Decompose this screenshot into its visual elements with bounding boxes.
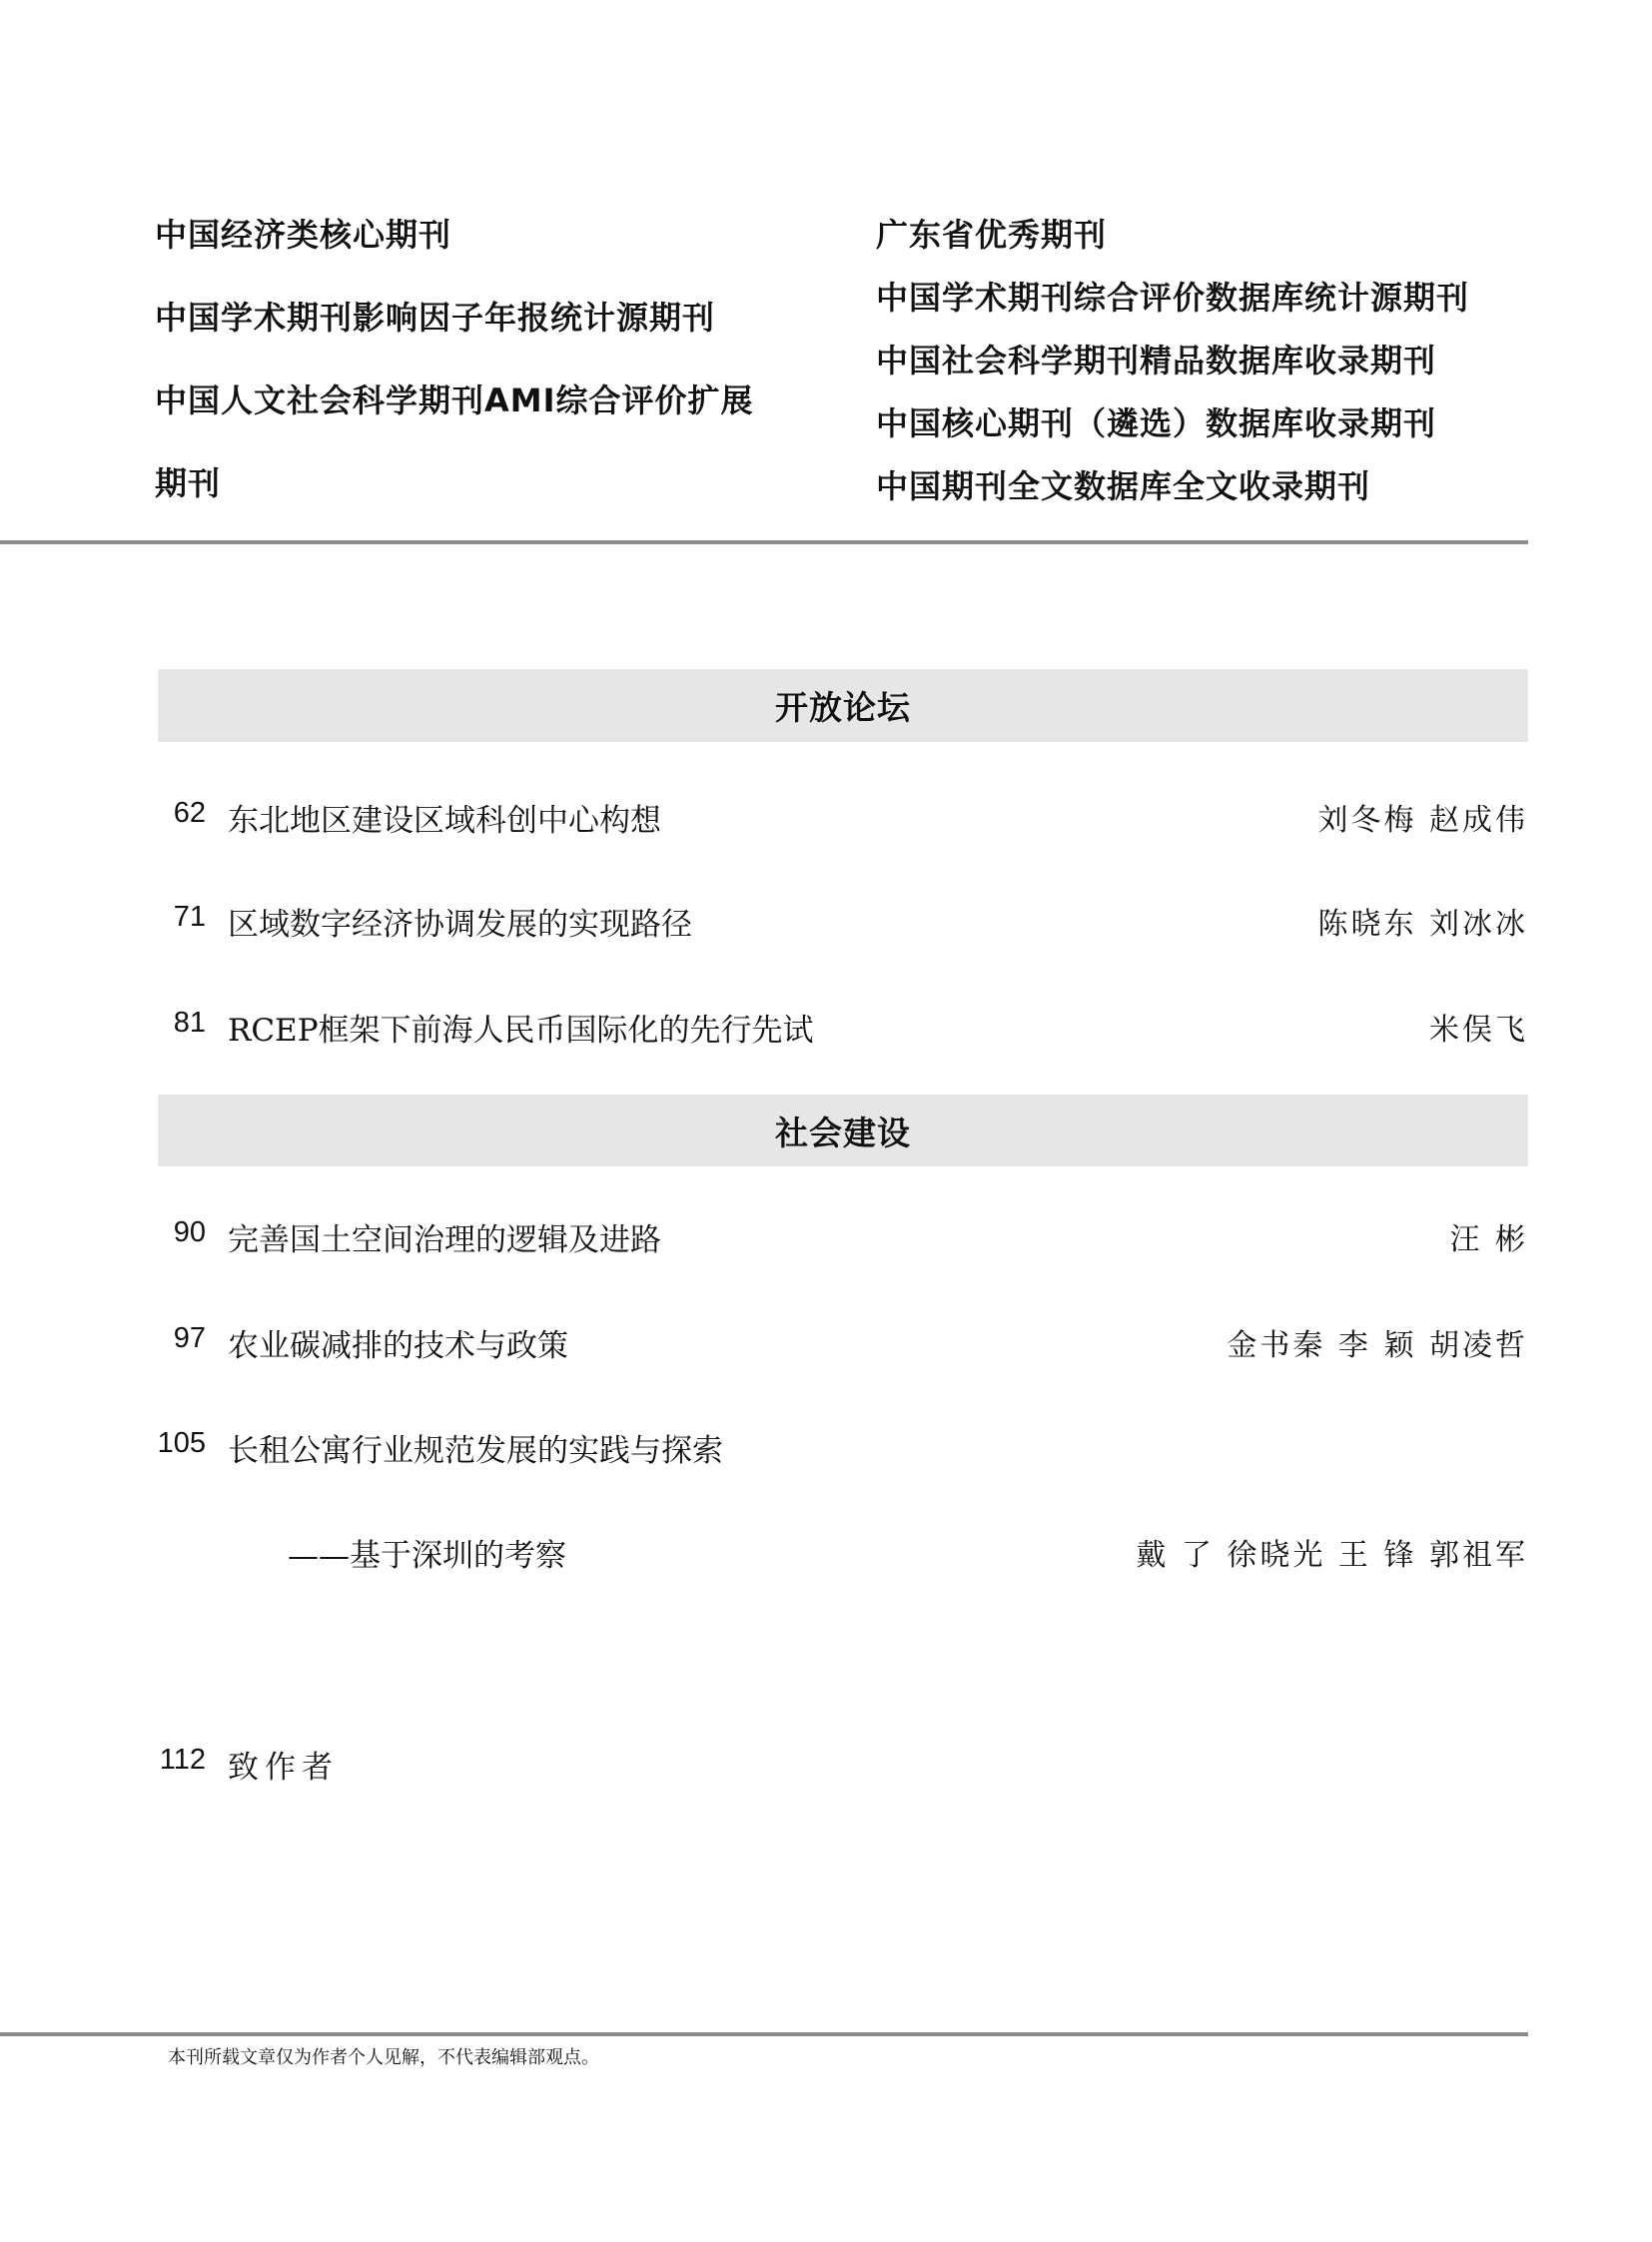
toc-entry-continuation: ——基于深圳的考察 戴 了 徐晓光 王 锋 郭祖军 — [0, 1526, 1528, 1576]
article-title[interactable]: RCEP框架下前海人民币国际化的先行先试 — [228, 1005, 814, 1050]
section-header-social-construction: 社会建设 — [158, 1095, 1528, 1166]
toc-entry-to-authors[interactable]: 112 致作者 — [0, 1738, 1528, 1788]
article-title[interactable]: 东北地区建设区域科创中心构想 — [228, 795, 661, 840]
toc-entry[interactable]: 105 长租公寓行业规范发展的实践与探索 — [0, 1421, 1528, 1471]
toc-entry[interactable]: 81 RCEP框架下前海人民币国际化的先行先试 米俣飞 — [0, 1001, 1528, 1051]
page-number: 62 — [174, 797, 206, 830]
indexing-item: 广东省优秀期刊 — [876, 210, 1107, 256]
page-number: 90 — [174, 1216, 206, 1249]
indexing-item: 中国学术期刊综合评价数据库统计源期刊 — [876, 273, 1469, 319]
article-title[interactable]: 农业碳减排的技术与政策 — [228, 1320, 568, 1365]
page-number: 97 — [174, 1322, 206, 1355]
disclaimer-footnote: 本刊所载文章仅为作者个人见解，不代表编辑部观点。 — [168, 2043, 599, 2069]
toc-entry[interactable]: 97 农业碳减排的技术与政策 金书秦 李 颖 胡凌哲 — [0, 1316, 1528, 1366]
toc-entry[interactable]: 62 东北地区建设区域科创中心构想 刘冬梅 赵成伟 — [0, 791, 1528, 841]
page-number: 112 — [160, 1744, 206, 1777]
section-title: 开放论坛 — [775, 682, 911, 729]
section-header-open-forum: 开放论坛 — [158, 669, 1528, 742]
indexing-item: 中国人文社会科学期刊AMI综合评价扩展 — [155, 375, 754, 421]
article-title[interactable]: 致作者 — [228, 1742, 339, 1787]
indexing-item: 中国核心期刊（遴选）数据库收录期刊 — [876, 398, 1436, 444]
article-authors: 刘冬梅 赵成伟 — [1317, 795, 1528, 839]
page-number: 81 — [174, 1007, 206, 1040]
article-authors: 米俣飞 — [1429, 1005, 1528, 1049]
toc-entry[interactable]: 71 区域数字经济协调发展的实现路径 陈晓东 刘冰冰 — [0, 895, 1528, 945]
indexing-item: 期刊 — [155, 458, 221, 504]
article-authors: 汪 彬 — [1449, 1214, 1528, 1258]
bottom-divider — [0, 2032, 1528, 2036]
page-number: 105 — [158, 1427, 206, 1460]
top-divider — [0, 540, 1528, 544]
section-title: 社会建设 — [775, 1108, 911, 1154]
indexing-item: 中国期刊全文数据库全文收录期刊 — [876, 461, 1370, 507]
article-subtitle: ——基于深圳的考察 — [288, 1530, 566, 1575]
article-title[interactable]: 完善国土空间治理的逻辑及进路 — [228, 1214, 661, 1259]
article-authors: 陈晓东 刘冰冰 — [1317, 899, 1528, 943]
indexing-item: 中国社会科学期刊精品数据库收录期刊 — [876, 336, 1436, 381]
article-title[interactable]: 长租公寓行业规范发展的实践与探索 — [228, 1425, 723, 1470]
page-number: 71 — [174, 901, 206, 934]
toc-entry[interactable]: 90 完善国土空间治理的逻辑及进路 汪 彬 — [0, 1210, 1528, 1260]
article-authors: 戴 了 徐晓光 王 锋 郭祖军 — [1136, 1530, 1528, 1574]
article-authors: 金书秦 李 颖 胡凌哲 — [1227, 1320, 1528, 1364]
indexing-item: 中国学术期刊影响因子年报统计源期刊 — [155, 293, 715, 339]
article-title[interactable]: 区域数字经济协调发展的实现路径 — [228, 899, 692, 944]
indexing-item: 中国经济类核心期刊 — [155, 210, 451, 256]
